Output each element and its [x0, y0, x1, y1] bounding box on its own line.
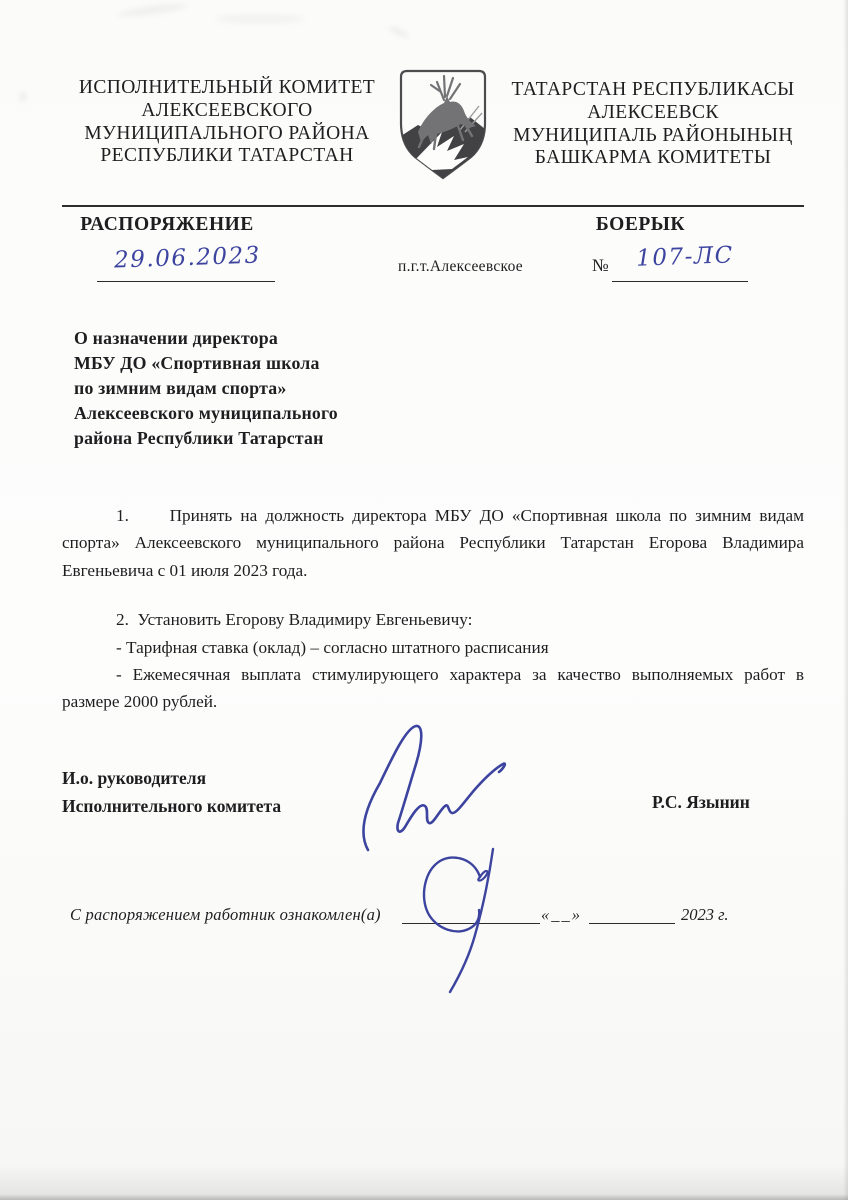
letterhead-line: МУНИЦИПАЛЬ РАЙОНЫНЫҢ — [496, 125, 810, 148]
letterhead-tatar: ТАТАРСТАН РЕСПУБЛИКАСЫ АЛЕКСЕЕВСК МУНИЦИ… — [496, 79, 810, 170]
acknowledgment-date-quotes: «__» — [541, 905, 582, 925]
scanned-document-page: ИСПОЛНИТЕЛЬНЫЙ КОМИТЕТ АЛЕКСЕЕВСКОГО МУН… — [0, 0, 848, 1200]
body-paragraph-2-item-1: - Тарифная ставка (оклад) – согласно шта… — [62, 634, 804, 661]
handwritten-number: 107-ЛС — [620, 242, 751, 273]
letterhead-line: МУНИЦИПАЛЬНОГО РАЙОНА — [58, 123, 396, 146]
doc-type-tatar: БОЕРЫК — [553, 214, 728, 236]
letterhead-line: БАШКАРМА КОМИТЕТЫ — [496, 147, 810, 170]
letterhead-line: ТАТАРСТАН РЕСПУБЛИКАСЫ — [496, 79, 810, 102]
document-body: 1. Принять на должность директора МБУ ДО… — [62, 502, 804, 716]
header-divider-line — [62, 205, 804, 207]
place-label: п.г.т.Алексеевское — [398, 258, 523, 276]
letterhead-russian: ИСПОЛНИТЕЛЬНЫЙ КОМИТЕТ АЛЕКСЕЕВСКОГО МУН… — [58, 77, 396, 168]
scan-smudge — [20, 92, 26, 102]
title-line: О назначении директора — [74, 326, 434, 351]
scan-smudge — [388, 26, 410, 39]
signer-name: Р.С. Язынин — [652, 792, 750, 813]
date-blank-line — [97, 281, 275, 282]
signer-position-line: И.о. руководителя — [62, 765, 281, 793]
number-blank-line — [612, 281, 748, 282]
number-sign: № — [592, 255, 609, 276]
title-line: района Республики Татарстан — [74, 426, 434, 451]
acknowledgment-date-line — [589, 923, 675, 924]
handwritten-date: 29.06.2023 — [100, 242, 276, 274]
signature-ink-main — [336, 710, 514, 862]
scan-edge-shadow — [0, 1194, 848, 1200]
letterhead-line: ИСПОЛНИТЕЛЬНЫЙ КОМИТЕТ — [58, 77, 396, 100]
coat-of-arms-icon — [392, 66, 494, 184]
signer-position: И.о. руководителя Исполнительного комите… — [62, 765, 281, 820]
letterhead-line: АЛЕКСЕЕВСК — [496, 102, 810, 125]
scan-smudge — [118, 1, 188, 19]
document-title: О назначении директора МБУ ДО «Спортивна… — [74, 326, 434, 451]
acknowledgment-year: 2023 г. — [681, 905, 728, 925]
title-line: МБУ ДО «Спортивная школа — [74, 351, 434, 376]
letterhead-line: АЛЕКСЕЕВСКОГО — [58, 100, 396, 123]
body-paragraph-1: 1. Принять на должность директора МБУ ДО… — [62, 502, 804, 584]
signature-ink-acknowledgment — [396, 845, 530, 995]
signer-position-line: Исполнительного комитета — [62, 793, 281, 821]
doc-type-russian: РАСПОРЯЖЕНИЕ — [57, 214, 277, 236]
body-paragraph-2-item-2: - Ежемесячная выплата стимулирующего хар… — [62, 661, 804, 716]
title-line: по зимним видам спорта» — [74, 376, 434, 401]
title-line: Алексеевского муниципального — [74, 401, 434, 426]
body-paragraph-2-intro: 2. Установить Егорову Владимиру Евгеньев… — [62, 606, 804, 633]
letterhead-line: РЕСПУБЛИКИ ТАТАРСТАН — [58, 145, 396, 168]
acknowledgment-label: С распоряжением работник ознакомлен(а) — [70, 905, 381, 925]
scan-edge-shadow — [843, 0, 848, 1200]
scan-smudge — [215, 14, 305, 24]
